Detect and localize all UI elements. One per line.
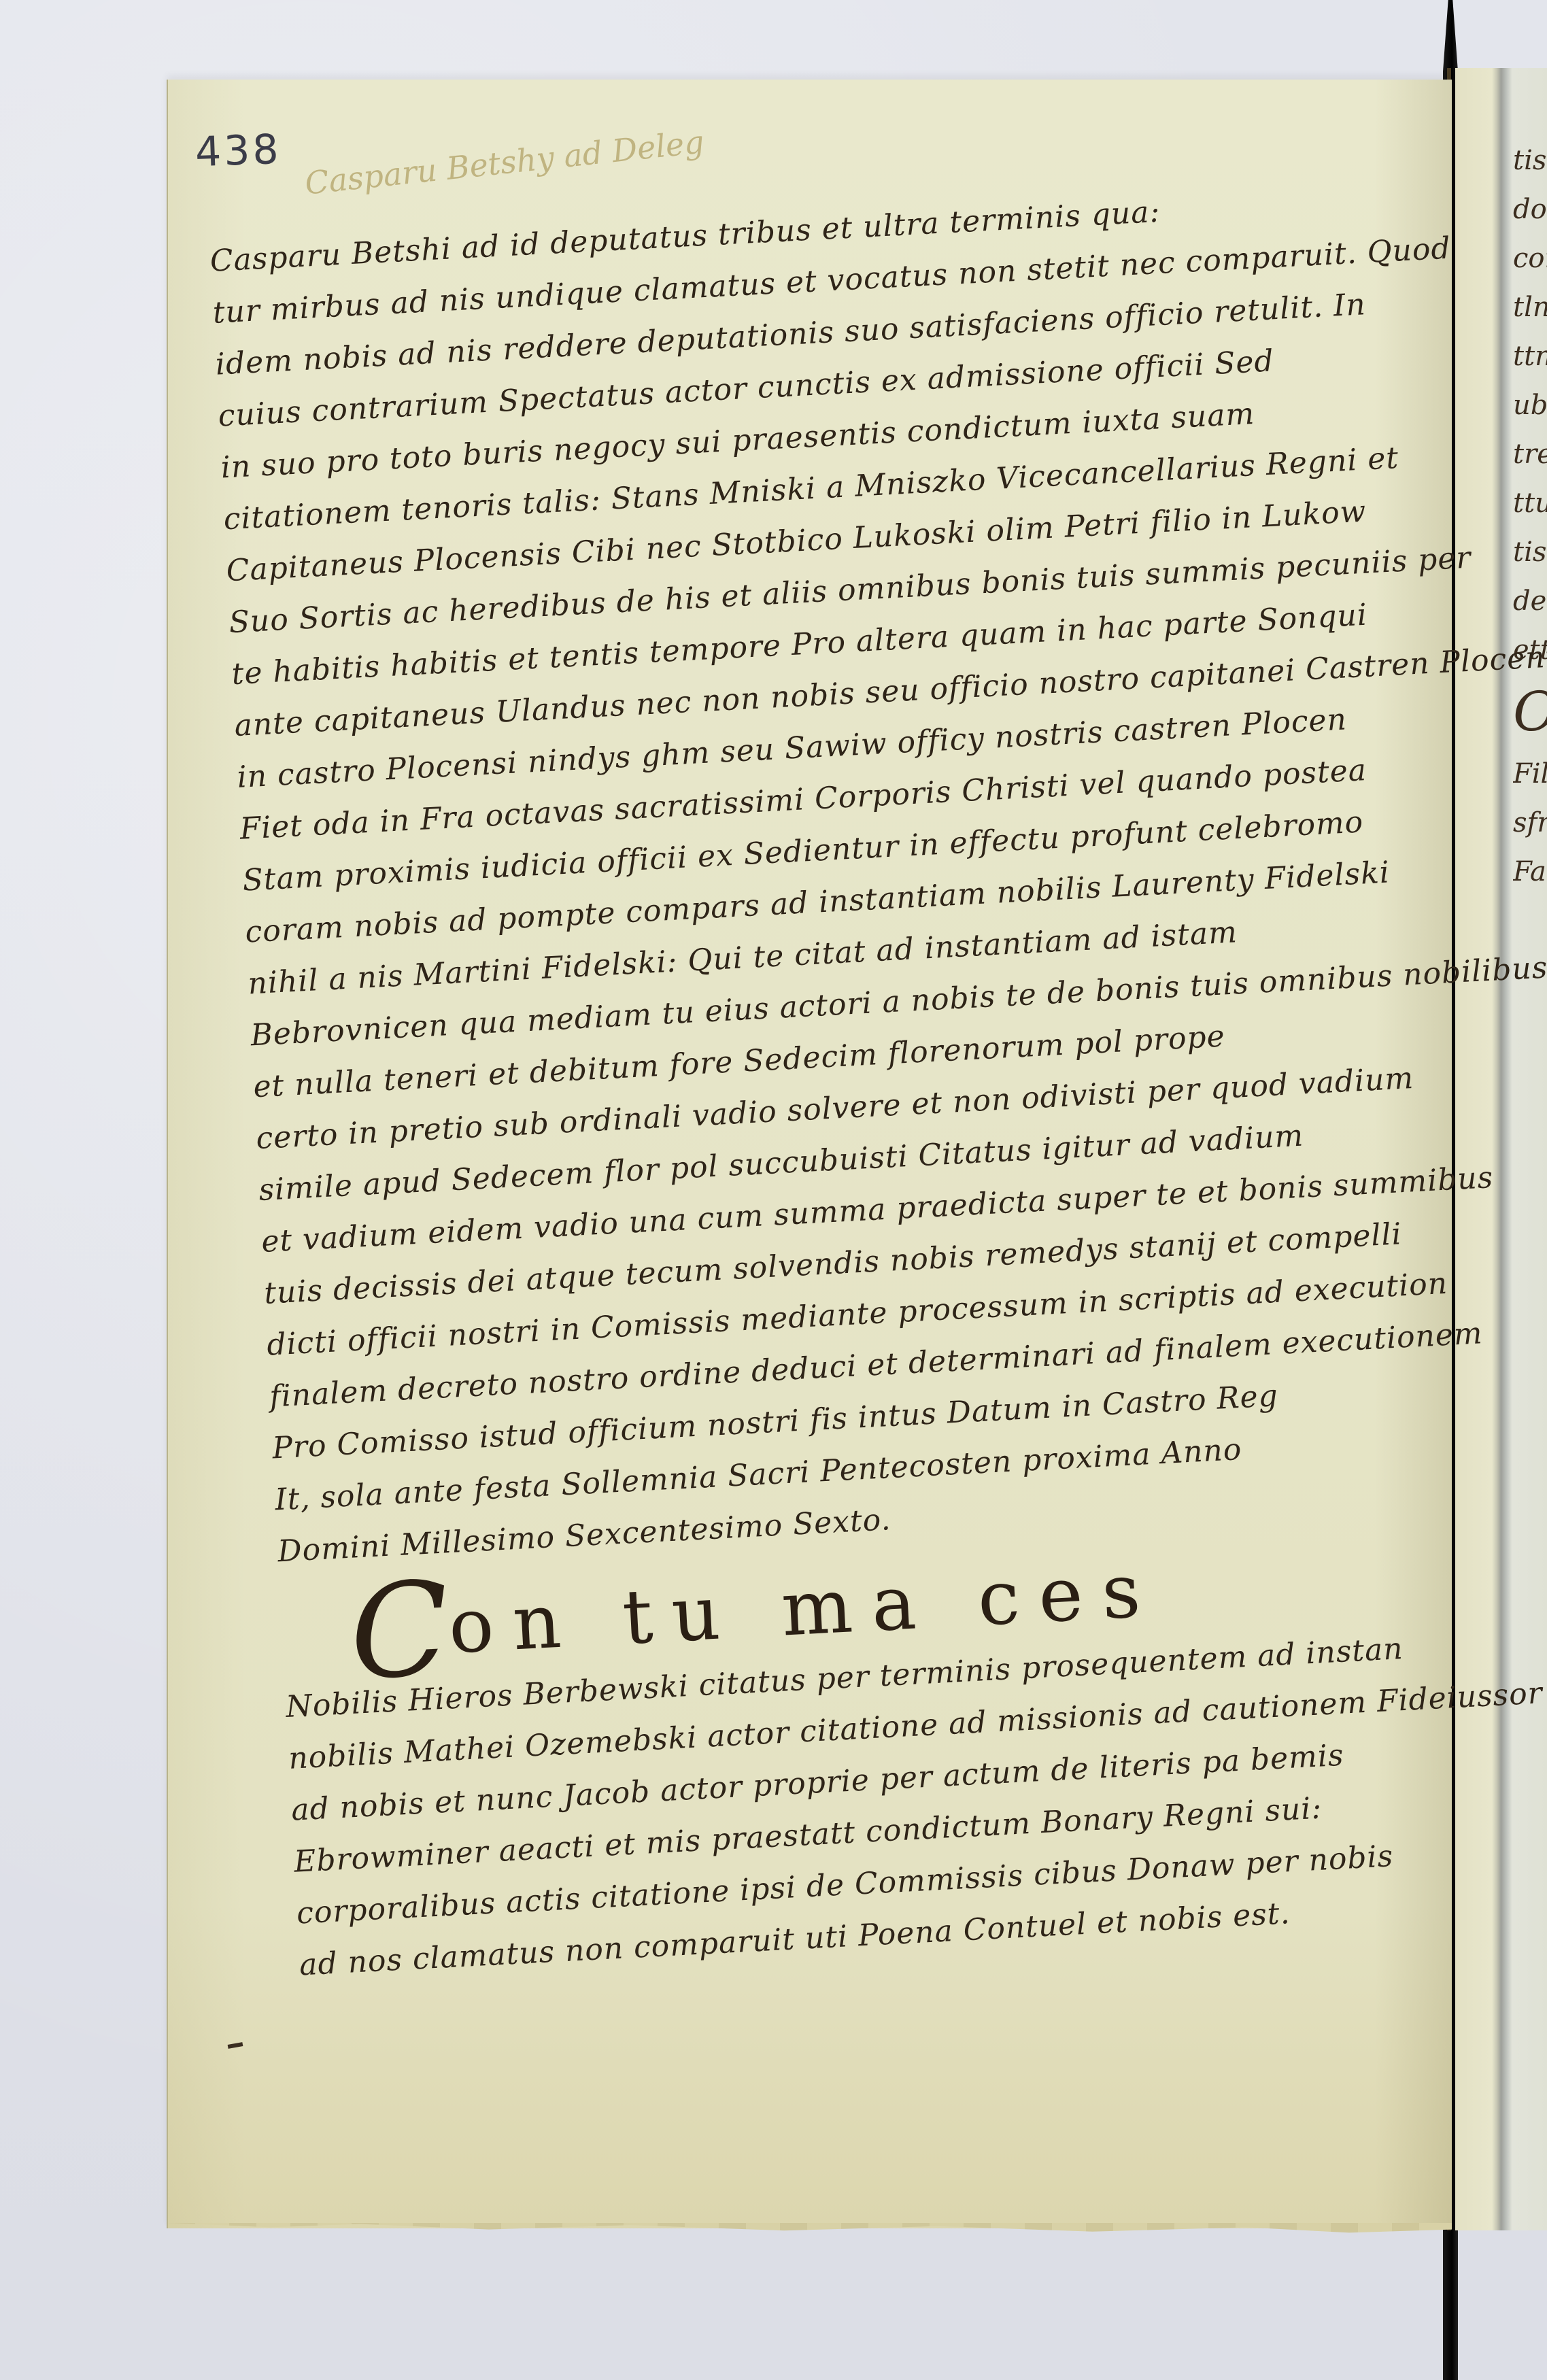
adjacent-text-fragment: tre — [1513, 430, 1547, 479]
adjacent-text-fragment: tln — [1513, 283, 1547, 332]
adjacent-text-fragment: Fili — [1513, 749, 1547, 798]
adjacent-text-fragment: ubit — [1513, 381, 1547, 430]
adjacent-text-fragment: Fatu — [1513, 847, 1547, 896]
adjacent-text-fragment: sfri — [1513, 798, 1547, 847]
section-paragraph: Nobilis Hieros Berbewski citatus per ter… — [284, 1618, 1523, 1992]
adjacent-text-fragment: ttne — [1513, 332, 1547, 381]
marginal-note: Casparu Betshy ad Deleg — [303, 123, 706, 201]
adjacent-text-fragment: dems — [1513, 577, 1547, 626]
folio-number: 438 — [194, 126, 282, 176]
adjacent-text-fragment: tis — [1513, 136, 1547, 185]
manuscript-page: 438 Casparu Betshy ad Deleg Casparu Bets… — [167, 80, 1452, 2228]
adjacent-page-text: tisdomconltlnttneubittrettumtisdemsettuO… — [1513, 136, 1547, 896]
manuscript-text: Casparu Betshi ad id deputatus tribus et… — [209, 172, 1523, 1992]
adjacent-text-fragment: dom — [1513, 185, 1547, 234]
adjacent-text-fragment: Oc — [1513, 675, 1547, 749]
adjacent-text-fragment: conl — [1513, 234, 1547, 283]
body-paragraph: Casparu Betshi ad id deputatus tribus et… — [209, 172, 1501, 1578]
adjacent-text-fragment: ttum — [1513, 479, 1547, 528]
adjacent-text-fragment: tis — [1513, 528, 1547, 577]
